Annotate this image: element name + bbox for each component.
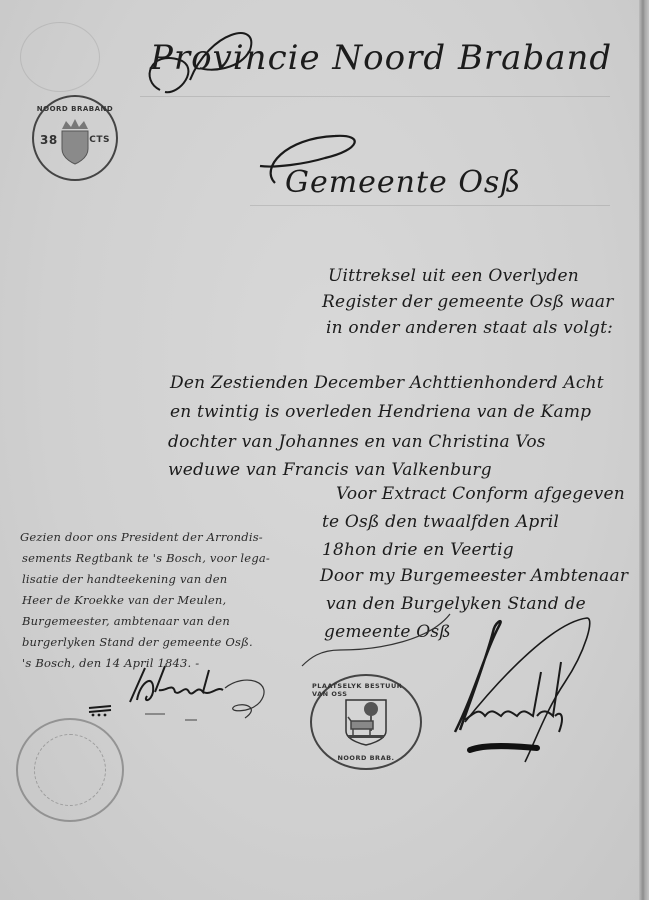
province-title: Provincie Noord Braband	[150, 38, 612, 78]
margin-note-line: burgerlyken Stand der gemeente Osß.	[22, 635, 253, 649]
municipal-seal: PLAATSELYK BESTUUR VAN OSS NOORD BRAB.	[310, 674, 422, 770]
municipality-title: Gemeente Osß	[285, 165, 521, 200]
certification-line: te Osß den twaalfden April	[322, 512, 559, 532]
certification-line: Voor Extract Conform afgegeven	[336, 484, 625, 504]
crown-shield-icon	[58, 119, 92, 165]
burgemeester-signature	[445, 612, 625, 776]
record-line: en twintig is overleden Hendriena van de…	[170, 402, 591, 422]
intro-line: in onder anderen staat als volgt:	[326, 318, 613, 338]
tax-stamp-right: CTS	[89, 135, 110, 145]
certification-line: 18hon drie en Veertig	[322, 540, 514, 560]
document-page: Provincie Noord Braband Gemeente Osß NOO…	[0, 0, 649, 900]
record-line: weduwe van Francis van Valkenburg	[168, 460, 492, 480]
intro-line: Uittreksel uit een Overlyden	[328, 266, 579, 286]
record-line: Den Zestienden December Achttienhonderd …	[170, 373, 604, 393]
ruled-line	[250, 205, 610, 206]
embossed-seal-faint	[20, 22, 100, 92]
connecting-flourish	[300, 610, 460, 674]
president-signature	[85, 662, 285, 736]
margin-note-line: Burgemeester, ambtenaar van den	[22, 614, 230, 628]
record-line: dochter van Johannes en van Christina Vo…	[168, 432, 546, 452]
municipal-seal-bottom: NOORD BRAB.	[337, 754, 394, 762]
municipal-seal-ring: PLAATSELYK BESTUUR VAN OSS	[312, 682, 420, 698]
margin-note-line: Heer de Kroekke van der Meulen,	[22, 593, 226, 607]
page-edge	[639, 0, 649, 900]
intro-line: Register der gemeente Osß waar	[322, 292, 614, 312]
margin-note-line: sements Regtbank te 's Bosch, voor lega-	[22, 551, 270, 565]
court-seal	[16, 718, 124, 822]
tax-stamp-top: NOORD BRABAND	[37, 105, 113, 113]
certification-line: Door my Burgemeester Ambtenaar	[320, 566, 628, 586]
margin-note-line: Gezien door ons President der Arrondis-	[20, 530, 263, 544]
tax-stamp-left: 38	[40, 133, 58, 147]
ox-under-tree-shield-icon	[343, 697, 389, 747]
margin-note-line: lisatie der handteekening van den	[22, 572, 227, 586]
tax-stamp: NOORD BRABAND 38 CTS	[32, 95, 118, 181]
